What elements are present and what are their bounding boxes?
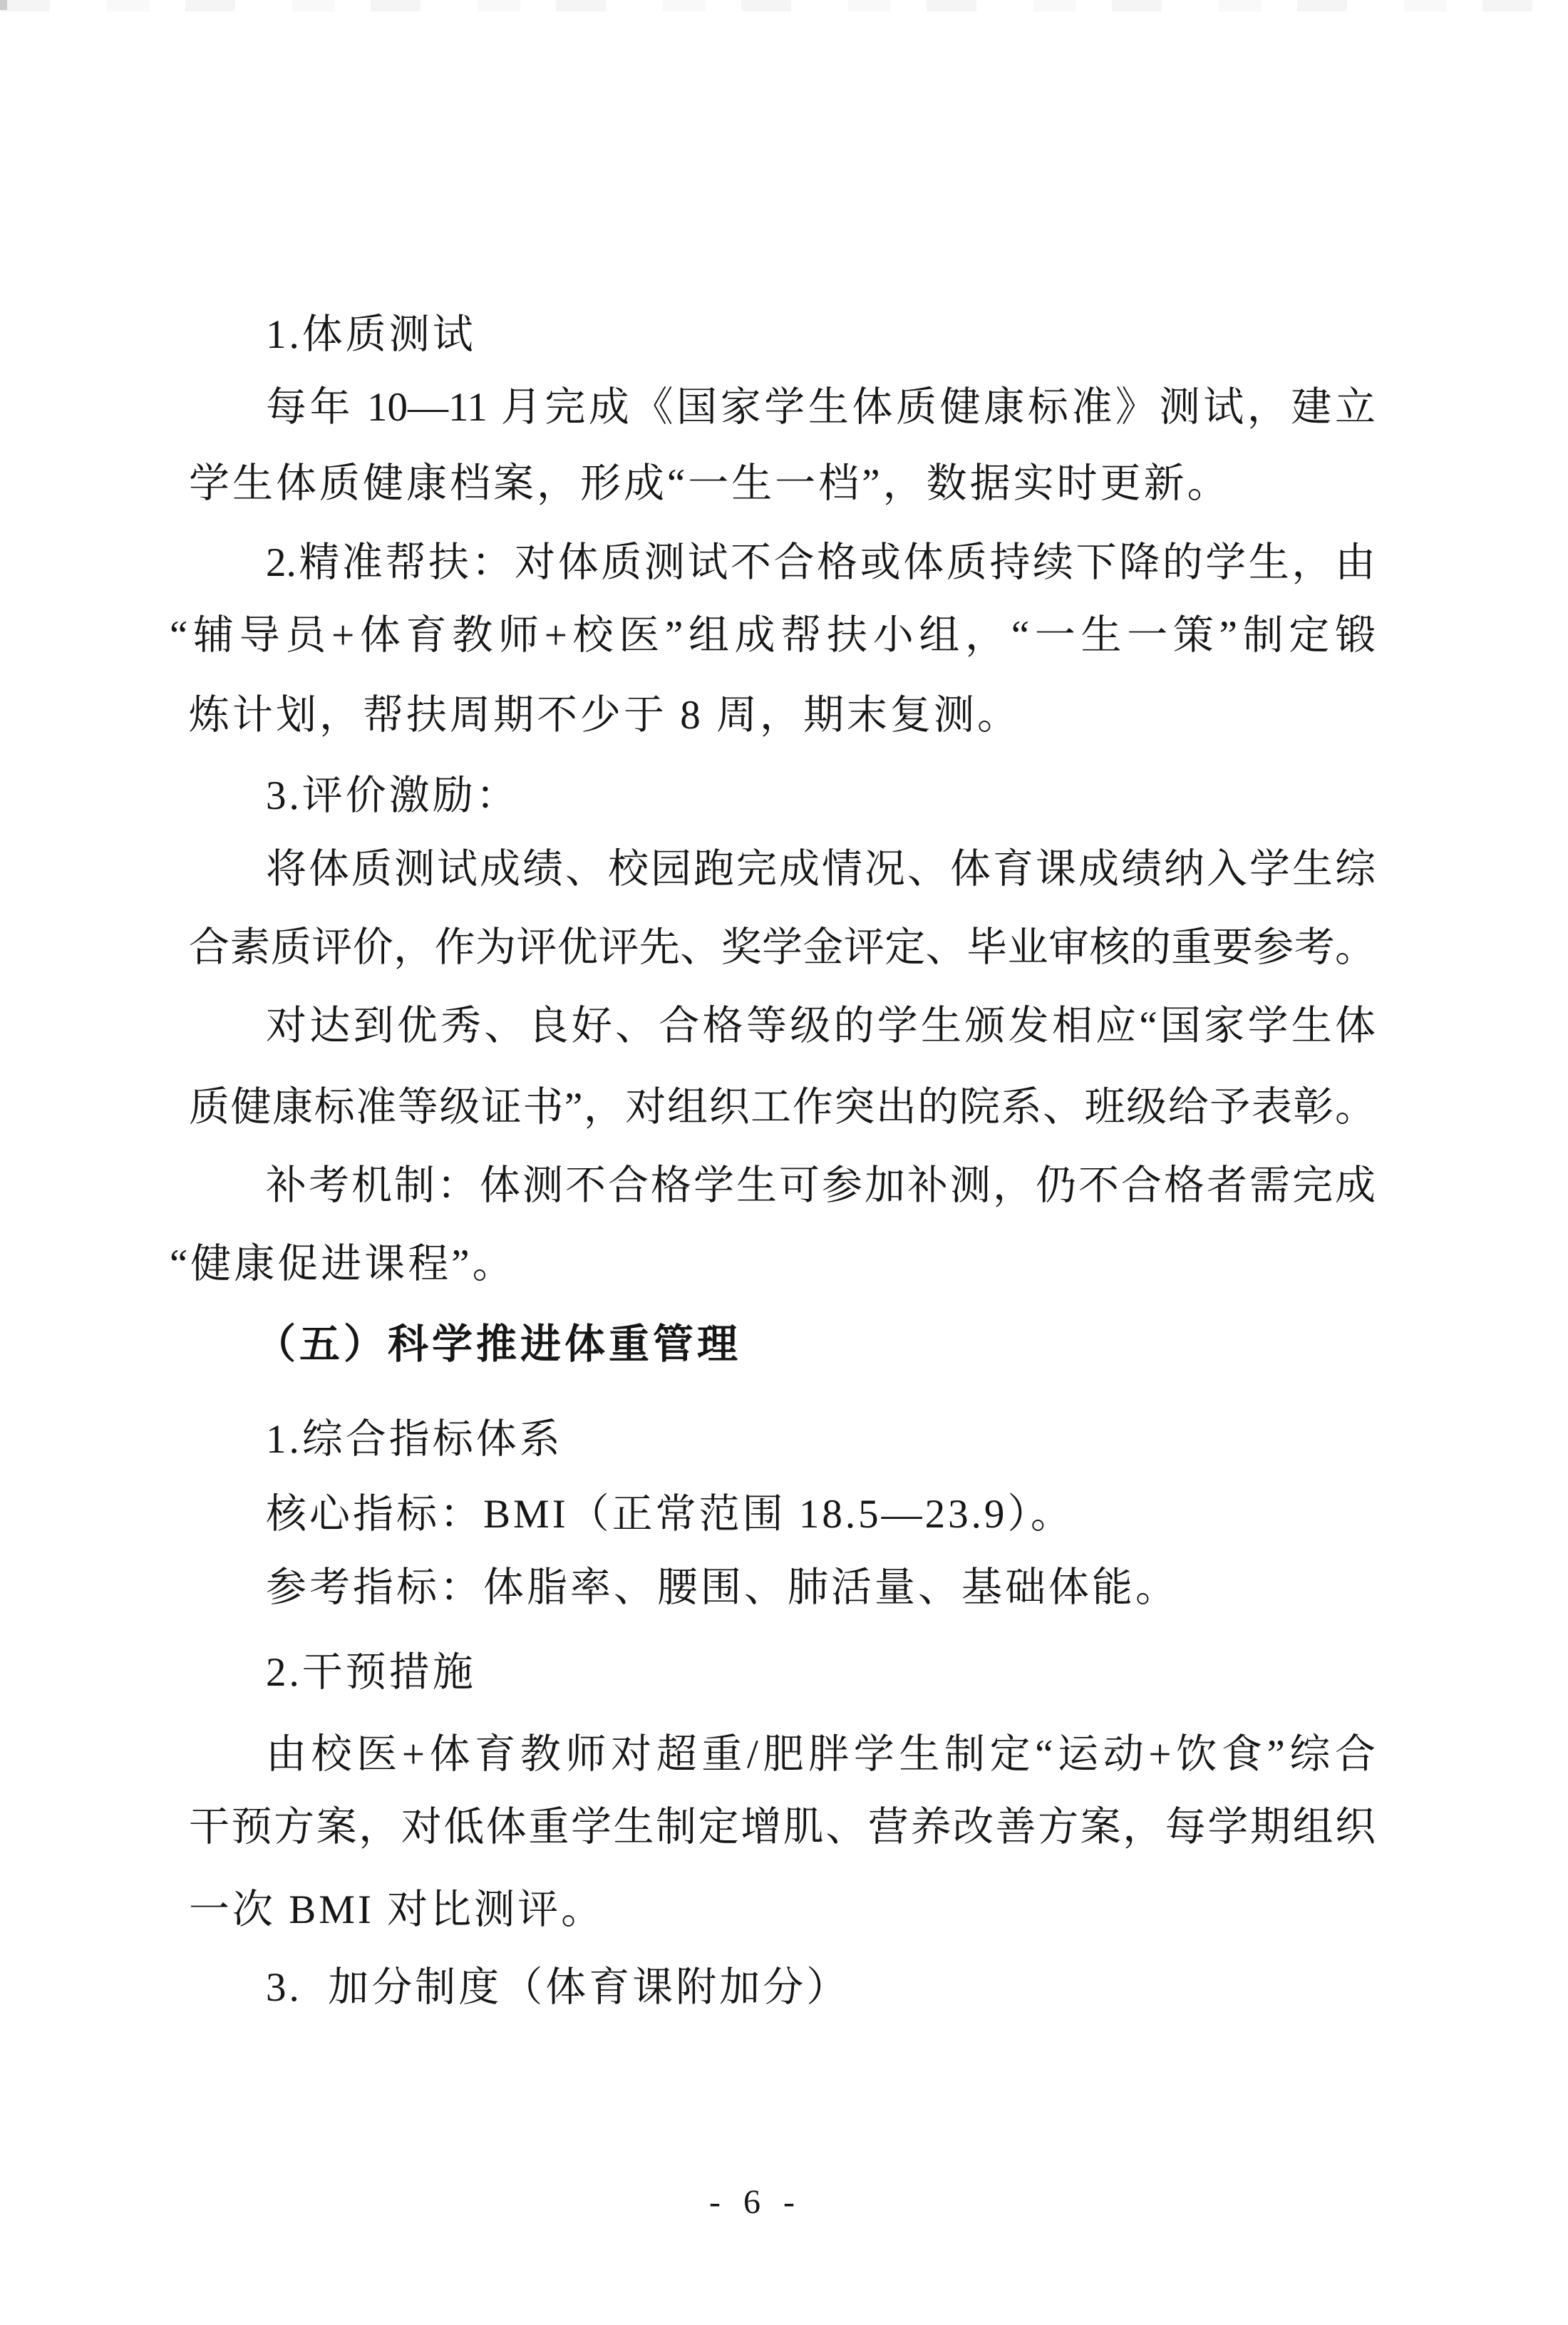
numbered-item-heading: 3. 加分制度（体育课附加分） <box>266 1965 850 2011</box>
text-line: 质健康标准等级证书”，对组织工作突出的院系、班级给予表彰。 <box>189 1085 1376 1130</box>
numbered-item-heading: 3.评价激励： <box>266 773 520 819</box>
text-line: 补考机制：体测不合格学生可参加补测，仍不合格者需完成 <box>266 1163 1376 1209</box>
text-line: 参考指标：体脂率、腰围、肺活量、基础体能。 <box>266 1565 1179 1611</box>
text-line: 核心指标：BMI（正常范围 18.5—23.9）。 <box>266 1492 1074 1537</box>
text-line: 合素质评价，作为评优评先、奖学金评定、毕业审核的重要参考。 <box>189 925 1376 971</box>
numbered-item-heading: 1.综合指标体系 <box>266 1417 563 1463</box>
numbered-item-heading: 2.精准帮扶：对体质测试不合格或体质持续下降的学生，由 <box>266 540 1376 586</box>
section-heading: （五）科学推进体重管理 <box>255 1322 741 1368</box>
text-line: 一次 BMI 对比测评。 <box>189 1887 604 1933</box>
scan-noise-strip <box>0 0 1568 11</box>
document-page: 1.体质测试 每年 10—11 月完成《国家学生体质健康标准》测试，建立 学生体… <box>0 0 1568 2325</box>
text-line: 学生体质健康档案，形成“一生一档”，数据实时更新。 <box>189 461 1231 507</box>
scan-speck <box>0 0 7 10</box>
text-line: 每年 10—11 月完成《国家学生体质健康标准》测试，建立 <box>266 385 1376 431</box>
text-line: 干预方案，对低体重学生制定增肌、营养改善方案，每学期组织 <box>189 1805 1376 1850</box>
text-line: “辅导员+体育教师+校医”组成帮扶小组，“一生一策”制定锻 <box>170 613 1376 659</box>
page-number: - 6 - <box>0 2182 1511 2222</box>
text-line: 对达到优秀、良好、合格等级的学生颁发相应“国家学生体 <box>266 1004 1376 1049</box>
text-line: 由校医+体育教师对超重/肥胖学生制定“运动+饮食”综合 <box>266 1732 1376 1778</box>
text-line: 炼计划，帮扶周期不少于 8 周，期末复测。 <box>189 693 1021 738</box>
numbered-item-heading: 2.干预措施 <box>266 1650 476 1696</box>
text-line: 将体质测试成绩、校园跑完成情况、体育课成绩纳入学生综 <box>266 847 1376 892</box>
text-line: “健康促进课程”。 <box>170 1242 516 1287</box>
numbered-item-heading: 1.体质测试 <box>266 312 476 358</box>
